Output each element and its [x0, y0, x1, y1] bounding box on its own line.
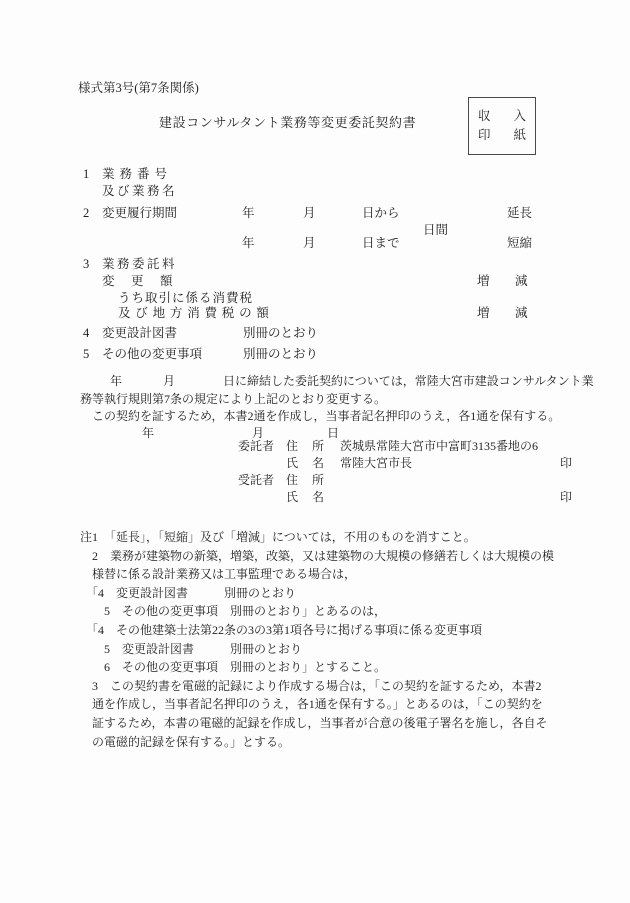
item3-change-amount-label: 変 更 額	[102, 275, 175, 288]
notes-block: 注1 「延長」，「短縮」及び「増減」については，不用のものを消すこと。 2 業務…	[80, 528, 600, 751]
signing-date-year: 年	[142, 427, 154, 439]
contractor-seal-mark: 印	[560, 491, 572, 503]
item1-number: 1	[83, 168, 89, 181]
item3-decrease-label-2: 減	[515, 307, 528, 320]
consignor-address: 茨城県常陸大宮市中富町3135番地の6	[340, 440, 538, 452]
consignor-label: 委託者	[238, 440, 274, 452]
note-line-9: 3 この契約書を電磁的記録により作成する場合は，「この契約を証するため，本書2	[80, 677, 600, 696]
stamp-char-shi: 紙	[513, 128, 526, 144]
item3-increase-label-1: 増	[477, 275, 490, 288]
note-line-5: 5 その他の変更事項 別冊のとおり」とあるのは，	[80, 602, 600, 621]
paragraph-date-year: 年	[110, 375, 122, 387]
consignor-name-label-2: 名	[312, 457, 324, 469]
contractor-label: 受託者	[238, 474, 274, 486]
item3-label: 業務委託料	[102, 258, 177, 271]
item3-number: 3	[83, 258, 89, 271]
item2-year-to: 年	[242, 237, 255, 250]
revenue-stamp-box: 収 入 印 紙	[468, 97, 536, 155]
note-line-10: 通を作成し，当事者記名押印のうえ，各1通を保有する。」とあるのは，「この契約を	[80, 695, 600, 714]
note-line-8: 6 その他の変更事項 別冊のとおり」とすること。	[80, 658, 600, 677]
item3-tax-line2: 及び地方消費税の額	[118, 307, 274, 320]
form-number: 様式第3号(第7条関係)	[78, 82, 199, 95]
contractor-address-label-2: 所	[312, 474, 324, 486]
consignor-seal-mark: 印	[560, 457, 572, 469]
item3-decrease-label-1: 減	[515, 275, 528, 288]
item5-value: 別冊のとおり	[243, 348, 318, 361]
item4-label: 変更設計図書	[102, 327, 177, 340]
item2-extend-label: 延長	[507, 207, 532, 220]
note-line-2: 2 業務が建築物の新築，増築，改築，又は建築物の大規模の修繕若しくは大規模の模	[80, 547, 600, 566]
consignor-address-label-2: 所	[312, 440, 324, 452]
item2-month-from: 月	[303, 207, 316, 220]
paragraph-date-month: 月	[163, 375, 175, 387]
paragraph-line3: この契約を証するため，本書2通を作成し，当事者記名押印のうえ，各1通を保有する。	[92, 410, 560, 422]
contractor-address-label-1: 住	[286, 474, 298, 486]
item2-label: 変更履行期間	[102, 207, 177, 220]
item2-number: 2	[83, 207, 89, 220]
item3-increase-label-2: 増	[477, 307, 490, 320]
item4-value: 別冊のとおり	[243, 327, 318, 340]
note-line-7: 5 変更設計図書 別冊のとおり	[80, 640, 600, 659]
note-line-3: 様替に係る設計業務又は工事監理である場合は，	[80, 565, 600, 584]
item2-month-to: 月	[303, 237, 316, 250]
item5-label: その他の変更事項	[102, 348, 202, 361]
note-line-4: 「4 変更設計図書 別冊のとおり	[80, 584, 600, 603]
paragraph-line1: 日に締結した委託契約については，常陸大宮市建設コンサルタント業	[223, 375, 594, 387]
item3-tax-line1: うち取引に係る消費税	[118, 292, 253, 305]
item2-day-to: 日まで	[362, 237, 400, 250]
note-line-6: 「4 その他建築士法第22条の3の3第1項各号に掲げる事項に係る変更事項	[80, 621, 600, 640]
note-line-11: 証するため，本書の電磁的記録を作成し，当事者が合意の後電子署名を施し，各自そ	[80, 714, 600, 733]
item1-label-line1: 業務番号	[102, 168, 172, 181]
item4-number: 4	[83, 327, 89, 340]
document-title: 建設コンサルタント業務等変更委託契約書	[159, 116, 416, 129]
item2-shorten-label: 短縮	[507, 237, 532, 250]
paragraph-line2: 務等執行規則第7条の規定により上記のとおり変更する。	[80, 393, 386, 405]
consignor-name-label-1: 氏	[286, 457, 298, 469]
note-line-12: の電磁的記録を保有する。」とする。	[80, 733, 600, 752]
contractor-name-label-1: 氏	[286, 491, 298, 503]
item2-year-from: 年	[242, 207, 255, 220]
item2-days-label: 日間	[423, 224, 448, 237]
stamp-char-nyu: 入	[513, 109, 526, 125]
signing-date-month: 月	[252, 427, 264, 439]
signing-date-day: 日	[327, 427, 339, 439]
document-page: 様式第3号(第7条関係) 建設コンサルタント業務等変更委託契約書 収 入 印 紙…	[0, 0, 630, 903]
item1-label-line2: 及び業務名	[102, 185, 177, 198]
stamp-char-in: 印	[478, 128, 491, 144]
note-line-1: 注1 「延長」，「短縮」及び「増減」については，不用のものを消すこと。	[80, 528, 600, 547]
item2-day-from: 日から	[362, 207, 400, 220]
contractor-name-label-2: 名	[312, 491, 324, 503]
item5-number: 5	[83, 348, 89, 361]
consignor-address-label-1: 住	[286, 440, 298, 452]
stamp-row-2: 印 紙	[478, 128, 526, 144]
stamp-char-shu: 収	[478, 109, 491, 125]
consignor-name: 常陸大宮市長	[340, 457, 412, 469]
stamp-row-1: 収 入	[478, 109, 526, 125]
